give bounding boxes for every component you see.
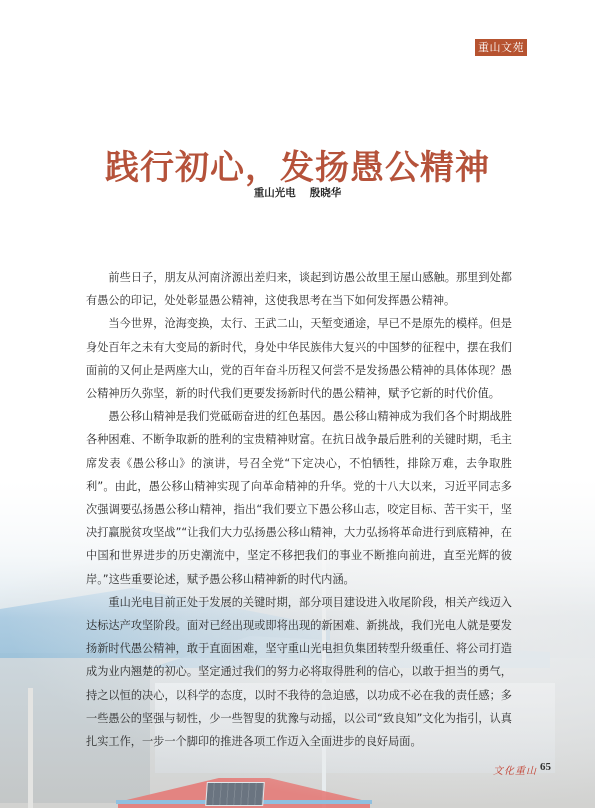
magazine-logo: 文化重山 [493,762,537,777]
byline: 重山光电殷晓华 [0,185,595,200]
paragraph: 愚公移山精神是我们党砥砺奋进的红色基因。愚公移山精神成为我们各个时期战胜各种困难… [86,405,512,591]
byline-organization: 重山光电 [254,187,296,199]
section-tag: 重山文苑 [475,39,527,56]
paragraph: 当今世界，沧海变换，太行、王武二山，天堑变通途，早已不是原先的模样。但是身处百年… [86,312,512,405]
article-body: 前些日子，朋友从河南济源出差归来，谈起到访愚公故里王屋山感触。那里到处都有愚公的… [86,266,512,753]
page-number: 65 [540,761,551,773]
paragraph: 前些日子，朋友从河南济源出差归来，谈起到访愚公故里王屋山感触。那里到处都有愚公的… [86,266,512,312]
byline-author: 殷晓华 [310,187,342,199]
paragraph: 重山光电目前正处于发展的关键时期，部分项目建设进入收尾阶段，相关产线迈入达标达产… [86,591,512,753]
article-title: 践行初心，发扬愚公精神 [0,140,595,189]
